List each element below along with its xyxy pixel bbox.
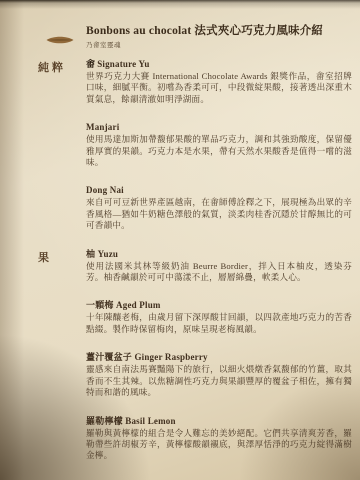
item-description: 羅勒與黃檸檬的組合是令人難忘的美妙絕配。它們共享清爽芳香，羅勒帶些許胡椒芳辛，黃… [86,428,352,462]
yu-seal-glyph: 畬 [86,58,95,70]
menu-item-signature-yu: 畬Signature Yu 世界巧克力大賽 International Choc… [86,58,352,105]
section-purity-gutter: 純粹 [0,58,86,248]
item-heading: Manjari [86,121,352,133]
item-name: 羅勒檸檬 Basil Lemon [86,416,176,426]
section-fruit-content: 柚 Yuzu 使用法國米其林等級奶油 Beurre Bordier，拌入日本柚皮… [86,248,352,478]
item-description: 世界巧克力大賽 International Chocolate Awards 銀… [86,71,352,105]
page-title-en: Bonbons au chocolat [86,25,191,37]
section-fruit-gutter: 果 [0,248,86,478]
cacao-leaf-icon [45,33,75,45]
menu-item-manjari: Manjari 使用馬達加斯加帶馥郁果酸的單品巧克力，調和其強勁酸度，保留優雅厚… [86,121,352,168]
item-name: Manjari [86,122,119,132]
section-fruit-label: 果 [38,252,52,264]
menu-item-aged-plum: 一顆梅 Aged Plum 十年陳釀老梅，由歲月留下深厚酸甘回韻，以四款產地巧克… [86,299,352,335]
item-name: 一顆梅 Aged Plum [86,300,161,310]
item-description: 使用馬達加斯加帶馥郁果酸的單品巧克力，調和其強勁酸度，保留優雅厚實的果韻。巧克力… [86,134,352,168]
section-purity-label: 純粹 [38,62,66,74]
item-description: 十年陳釀老梅，由歲月留下深厚酸甘回韻，以四款產地巧克力的苦香點綴。製作時保留梅肉… [86,312,352,335]
item-description: 使用法國米其林等級奶油 Beurre Bordier，拌入日本柚皮，透染芬芳。柚… [86,261,352,284]
section-purity-content: 畬Signature Yu 世界巧克力大賽 International Choc… [86,58,352,248]
menu-header: Bonbons au chocolat法式夾心巧克力風味介紹 乃畬室靈魂 [0,0,360,49]
menu-item-dong-nai: Dong Nai 來自可可豆新世界產區越南，在畬師傅詮釋之下，展現極為出眾的辛香… [86,184,352,231]
item-name: Dong Nai [86,185,124,195]
page-subtitle: 乃畬室靈魂 [86,40,360,49]
item-heading: 一顆梅 Aged Plum [86,299,352,311]
page-title-zh: 法式夾心巧克力風味介紹 [194,25,323,37]
item-description: 靈感來自南法馬賽豔陽下的旅行，以細火煨燉香氣馥郁的竹薑，取其香而不生其辣。以焦糖… [86,364,352,398]
item-heading: 薑汁覆盆子 Ginger Raspberry [86,351,352,363]
item-description: 來自可可豆新世界產區越南，在畬師傅詮釋之下，展現極為出眾的辛香風格—猶如牛奶糖色… [86,197,352,231]
item-heading: 柚 Yuzu [86,248,352,260]
item-name: Signature Yu [97,59,149,69]
item-heading: 羅勒檸檬 Basil Lemon [86,415,352,427]
menu-item-ginger-raspberry: 薑汁覆盆子 Ginger Raspberry 靈感來自南法馬賽豔陽下的旅行，以細… [86,351,352,398]
item-heading: 畬Signature Yu [86,58,352,70]
item-heading: Dong Nai [86,184,352,196]
menu-item-basil-lemon: 羅勒檸檬 Basil Lemon 羅勒與黃檸檬的組合是令人難忘的美妙絕配。它們共… [86,415,352,462]
menu-item-yuzu: 柚 Yuzu 使用法國米其林等級奶油 Beurre Bordier，拌入日本柚皮… [86,248,352,284]
item-name: 薑汁覆盆子 Ginger Raspberry [86,352,208,362]
menu-page-photo: Bonbons au chocolat法式夾心巧克力風味介紹 乃畬室靈魂 純粹 … [0,0,360,480]
item-name: 柚 Yuzu [86,249,118,259]
section-fruit: 果 柚 Yuzu 使用法國米其林等級奶油 Beurre Bordier，拌入日本… [0,248,360,478]
page-title: Bonbons au chocolat法式夾心巧克力風味介紹 [86,25,360,38]
section-purity: 純粹 畬Signature Yu 世界巧克力大賽 International C… [0,58,360,248]
